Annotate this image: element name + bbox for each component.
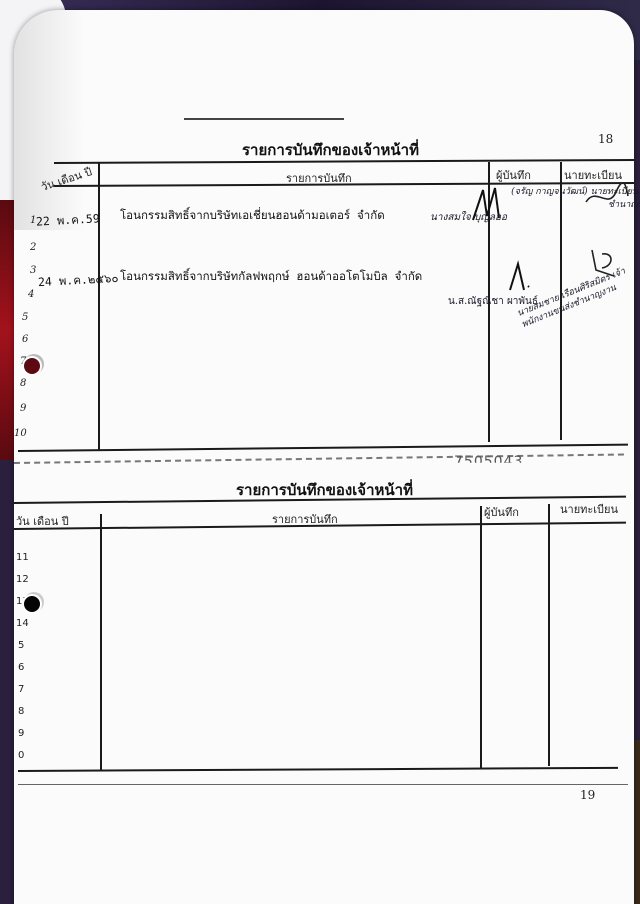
punch-hole [24,358,40,374]
entry-date: 24 พ.ค.๒๕๖๐ [38,270,119,292]
upper-col-date-header: วัน เดือน ปี [39,162,95,195]
upper-page-number: 18 [598,132,613,146]
upper-col-entry-header: รายการบันทึก [286,169,352,187]
row-number: 5 [22,312,28,323]
lower-col-divider-1 [100,514,102,770]
row-number: 4 [28,289,34,300]
page-separator [14,453,624,464]
registrar-signature-icon [584,246,624,282]
recorder-signature-icon [469,186,509,226]
lower-footer-line [18,784,628,785]
upper-header-top-line [54,159,634,164]
entry-date: 22 พ.ค.59 [36,210,101,231]
entry-text: โอนกรรมสิทธิ์จากบริษัทเอเชี่ยนฮอนด้ามอเต… [120,207,385,225]
punch-hole [24,596,40,612]
upper-col-divider-1 [98,162,100,450]
row-number: 9 [18,728,24,739]
lower-col-registrar-header: นายทะเบียน [560,500,618,518]
row-number: 5 [18,640,24,651]
entry-text: โอนกรรมสิทธิ์จากบริษัทกัลฟพฤกษ์ ฮอนด้าออ… [120,268,422,286]
row-number: 6 [22,334,28,345]
top-divider [184,118,344,120]
row-number: 6 [18,662,24,673]
upper-table-bottom-line [18,444,628,452]
lower-page-number: 19 [580,788,595,802]
row-number: 9 [20,403,26,414]
lower-col-divider-3 [548,504,550,766]
stamp-number: 7505043 [454,454,523,470]
document-sheet: รายการบันทึกของเจ้าหน้าที่ 18 วัน เดือน … [14,10,634,904]
upper-page-title: รายการบันทึกของเจ้าหน้าที่ [242,138,419,162]
row-number: 0 [18,750,24,761]
row-number: 12 [16,574,29,585]
row-number: 8 [18,706,24,717]
row-number: 11 [16,552,29,563]
row-number: 7 [18,684,24,695]
registrar-signature-icon [582,182,632,212]
row-number: 10 [14,428,27,439]
upper-col-recorder-header: ผู้บันทึก [496,166,531,184]
row-number: 2 [30,242,36,253]
lower-col-entry-header: รายการบันทึก [272,510,338,528]
lower-col-date-header: วัน เดือน ปี [16,512,69,530]
row-number: 8 [20,378,26,389]
row-number: 14 [16,618,29,629]
lower-col-divider-2 [480,506,482,768]
lower-table-bottom-line [18,767,618,772]
lower-col-recorder-header: ผู้บันทึก [484,503,519,521]
recorder-signature-icon [504,260,534,294]
row-number: 3 [30,265,36,276]
